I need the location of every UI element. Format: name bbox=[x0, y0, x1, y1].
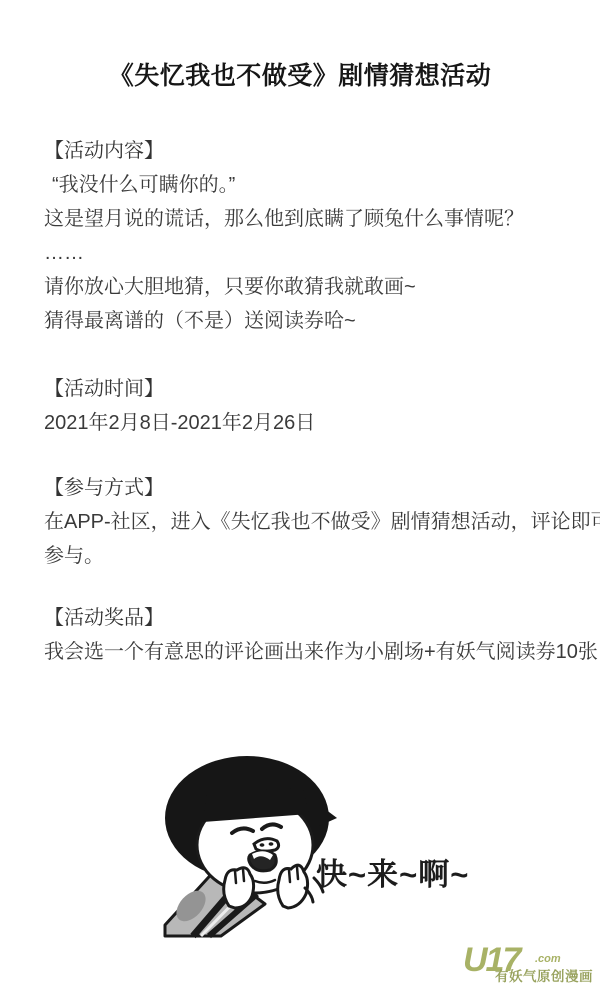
body-line: 在APP-社区，进入《失忆我也不做受》剧情猜想活动，评论即可 bbox=[44, 505, 570, 539]
body-line: 猜得最离谱的（不是）送阅读券哈~ bbox=[44, 304, 570, 338]
section-activity-prize: 【活动奖品】 我会选一个有意思的评论画出来作为小剧场+有妖气阅读券10张 bbox=[44, 601, 570, 669]
section-heading: 【参与方式】 bbox=[44, 471, 570, 505]
section-participation-method: 【参与方式】 在APP-社区，进入《失忆我也不做受》剧情猜想活动，评论即可 参与… bbox=[44, 471, 570, 573]
activity-date-range: 2021年2月8日-2021年2月26日 bbox=[44, 406, 570, 440]
meme-shout-text: 快~来~啊~ bbox=[316, 849, 469, 894]
body-line: “我没什么可瞒你的。” bbox=[44, 168, 570, 202]
u17-watermark: U17 .com 有妖气原创漫画 bbox=[445, 951, 595, 985]
activity-announcement-page: 《失忆我也不做受》剧情猜想活动 【活动内容】 “我没什么可瞒你的。” 这是望月说… bbox=[0, 0, 600, 990]
page-title: 《失忆我也不做受》剧情猜想活动 bbox=[0, 56, 600, 92]
u17-tagline: 有妖气原创漫画 bbox=[495, 965, 593, 985]
body-line: 这是望月说的谎话，那么他到底瞒了顾兔什么事情呢？ bbox=[44, 202, 570, 236]
u17-domain: .com bbox=[535, 953, 561, 965]
section-heading: 【活动奖品】 bbox=[44, 601, 570, 635]
section-activity-content: 【活动内容】 “我没什么可瞒你的。” 这是望月说的谎话，那么他到底瞒了顾兔什么事… bbox=[44, 134, 570, 338]
section-heading: 【活动时间】 bbox=[44, 372, 570, 406]
body-line: 请你放心大胆地猜，只要你敢猜我就敢画~ bbox=[44, 270, 570, 304]
section-heading: 【活动内容】 bbox=[44, 134, 570, 168]
body-line: 参与。 bbox=[44, 539, 570, 573]
section-activity-time: 【活动时间】 2021年2月8日-2021年2月26日 bbox=[44, 372, 570, 440]
body-line: 我会选一个有意思的评论画出来作为小剧场+有妖气阅读券10张 bbox=[44, 635, 570, 669]
mushroom-head-shouting-meme-icon bbox=[157, 748, 339, 944]
body-line: …… bbox=[44, 236, 570, 270]
